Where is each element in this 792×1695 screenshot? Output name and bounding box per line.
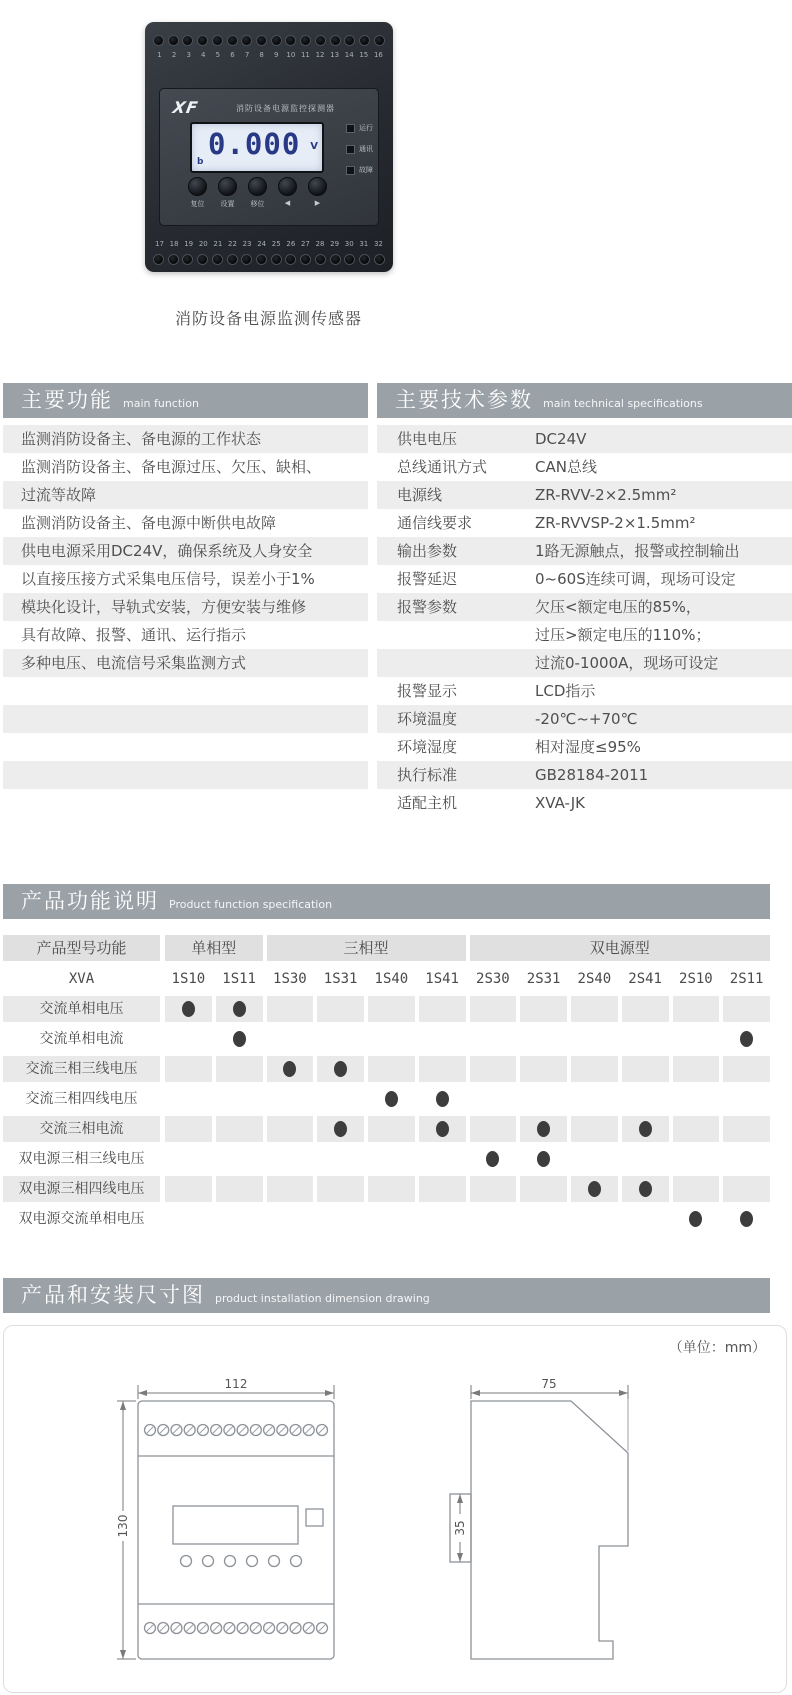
bottom-terminal-numbers: 17181920212223242526272829303132 [153, 240, 385, 248]
table-cell [267, 1056, 314, 1082]
table-cell [571, 1026, 618, 1052]
button-label: ◀ [285, 199, 290, 207]
function-item [3, 733, 368, 761]
feature-row: 交流三相三线电压 [3, 1056, 770, 1082]
indicator-leds: 运行通讯故障 [346, 123, 373, 175]
table-cell [571, 1146, 618, 1172]
terminal-hole-icon [168, 35, 179, 46]
terminal-hole-icon [168, 254, 179, 265]
top-terminal-numbers: 12345678910111213141516 [153, 51, 385, 59]
terminal-number: 16 [372, 51, 385, 59]
terminal-number: 25 [270, 240, 283, 248]
table-cell [216, 1176, 263, 1202]
terminal-number: 5 [211, 51, 224, 59]
model-label: 2S10 [673, 966, 720, 992]
feature-label: 交流三相三线电压 [3, 1056, 160, 1082]
terminal-number: 28 [314, 240, 327, 248]
table-cell [723, 1176, 770, 1202]
spec-label: 供电电压 [397, 425, 457, 453]
spec-value: ZR-RVV-2×2.5mm² [535, 481, 676, 509]
table-cell [723, 1146, 770, 1172]
dot-marker [385, 1091, 398, 1107]
spec-value: 过压>额定电压的110%； [535, 621, 710, 649]
table-cell [165, 1086, 212, 1112]
device-button: ▶ [308, 177, 327, 209]
spec-row: 报警显示LCD指示 [377, 677, 792, 705]
spec-row: 输出参数1路无源触点，报警或控制输出 [377, 537, 792, 565]
dot-marker [689, 1211, 702, 1227]
table-cell [470, 1116, 517, 1142]
table-cell [571, 1086, 618, 1112]
table-cell [419, 1116, 466, 1142]
table-cell [571, 996, 618, 1022]
spec-label: 电源线 [397, 481, 442, 509]
device-buttons: 复位设置移位◀▶ [188, 177, 327, 209]
table-cell [165, 1206, 212, 1232]
feature-label: 交流单相电压 [3, 996, 160, 1022]
table-cell [470, 996, 517, 1022]
table-cell [267, 1176, 314, 1202]
spec-value: 欠压<额定电压的85%， [535, 593, 701, 621]
series-label: XVA [3, 966, 160, 992]
terminal-number: 18 [168, 240, 181, 248]
button-icon [308, 177, 327, 196]
table-cell [673, 1176, 720, 1202]
spec-row: 执行标准GB28184-2011 [377, 761, 792, 789]
table-cell [723, 1056, 770, 1082]
terminal-hole-icon [256, 35, 267, 46]
device-panel-title: 消防设备电源监控探测器 [236, 103, 335, 114]
datasheet-page: 12345678910111213141516 XF 消防设备电源监控探测器 b… [0, 0, 792, 1695]
spec-value: 1路无源触点，报警或控制输出 [535, 537, 740, 565]
model-label: 2S30 [470, 966, 517, 992]
side-clip-height-label: 35 [453, 1520, 467, 1535]
model-group-label: 三相型 [267, 935, 466, 961]
table-cell [267, 1026, 314, 1052]
terminal-hole-icon [182, 35, 193, 46]
spec-label: 执行标准 [397, 761, 457, 789]
spec-label: 报警显示 [397, 677, 457, 705]
spec-value: -20℃~+70℃ [535, 705, 637, 733]
table-cell [673, 1116, 720, 1142]
table-cell [520, 1206, 567, 1232]
front-top-screws [145, 1425, 328, 1436]
table-cell [368, 1026, 415, 1052]
feature-cells [165, 1206, 770, 1232]
spec-table: 供电电压DC24V总线通讯方式CAN总线电源线ZR-RVV-2×2.5mm²通信… [377, 425, 792, 817]
spec-row: 环境温度-20℃~+70℃ [377, 705, 792, 733]
model-label: 2S41 [622, 966, 669, 992]
feature-row: 交流单相电压 [3, 996, 770, 1022]
table-cell [520, 1056, 567, 1082]
function-list: 监测消防设备主、备电源的工作状态监测消防设备主、备电源过压、欠压、缺相、过流等故… [3, 425, 368, 817]
table-cell [368, 1206, 415, 1232]
button-icon [218, 177, 237, 196]
section-header-dimensions: 产品和安装尺寸图 product installation dimension … [3, 1278, 770, 1313]
table-cell [267, 1116, 314, 1142]
model-number-row: XVA1S101S111S301S311S401S412S302S312S402… [3, 966, 770, 992]
dot-marker [740, 1211, 753, 1227]
terminal-hole-icon [241, 254, 252, 265]
spec-value: XVA-JK [535, 789, 585, 817]
table-cell [520, 1146, 567, 1172]
feature-label: 双电源交流单相电压 [3, 1206, 160, 1232]
table-cell [571, 1056, 618, 1082]
spec-value: DC24V [535, 425, 586, 453]
front-bottom-screws [145, 1623, 328, 1634]
function-item: 供电电源采用DC24V，确保系统及人身安全 [3, 537, 368, 565]
spec-value: 相对湿度≤95% [535, 733, 641, 761]
feature-cells [165, 996, 770, 1022]
table-cell [317, 1086, 364, 1112]
dot-marker [537, 1121, 550, 1137]
feature-cells [165, 1146, 770, 1172]
table-cell [419, 1176, 466, 1202]
section-title-zh: 产品和安装尺寸图 [21, 1278, 205, 1313]
table-cell [470, 1086, 517, 1112]
device-button: 设置 [218, 177, 237, 209]
terminal-hole-icon [315, 254, 326, 265]
terminal-number: 22 [226, 240, 239, 248]
function-item: 过流等故障 [3, 481, 368, 509]
table-cell [520, 1116, 567, 1142]
table-cell [317, 1206, 364, 1232]
terminal-hole-icon [330, 35, 341, 46]
spec-row: 电源线ZR-RVV-2×2.5mm² [377, 481, 792, 509]
spec-value: 0~60S连续可调，现场可设定 [535, 565, 736, 593]
table-cell [520, 1086, 567, 1112]
terminal-number: 1 [153, 51, 166, 59]
terminal-number: 6 [226, 51, 239, 59]
spec-row: 环境湿度相对湿度≤95% [377, 733, 792, 761]
table-cell [368, 996, 415, 1022]
spec-label: 报警延迟 [397, 565, 457, 593]
table-cell [571, 1176, 618, 1202]
status-indicator: 故障 [346, 165, 373, 175]
terminal-number: 27 [299, 240, 312, 248]
terminal-number: 14 [343, 51, 356, 59]
function-item: 监测消防设备主、备电源的工作状态 [3, 425, 368, 453]
function-item: 多种电压、电流信号采集监测方式 [3, 649, 368, 677]
model-group-label: 单相型 [165, 935, 263, 961]
dot-marker [283, 1061, 296, 1077]
terminal-number: 20 [197, 240, 210, 248]
indicator-label: 故障 [359, 165, 373, 175]
model-label: 2S40 [571, 966, 618, 992]
terminal-hole-icon [256, 254, 267, 265]
front-view: 112 130 [116, 1377, 334, 1659]
front-height-label: 130 [116, 1515, 130, 1538]
button-label: 复位 [191, 199, 205, 209]
terminal-number: 3 [182, 51, 195, 59]
table-cell [470, 1176, 517, 1202]
feature-row: 交流三相四线电压 [3, 1086, 770, 1112]
section-title-en: main technical specifications [543, 397, 703, 410]
terminal-number: 9 [270, 51, 283, 59]
terminal-hole-icon [344, 35, 355, 46]
feature-row: 双电源三相四线电压 [3, 1176, 770, 1202]
terminal-number: 31 [357, 240, 370, 248]
spec-row: 总线通讯方式CAN总线 [377, 453, 792, 481]
front-buttons [181, 1556, 302, 1567]
terminal-hole-icon [197, 254, 208, 265]
dot-marker [182, 1001, 195, 1017]
function-item [3, 705, 368, 733]
function-item: 监测消防设备主、备电源过压、欠压、缺相、 [3, 453, 368, 481]
table-cell [368, 1176, 415, 1202]
button-label: 移位 [251, 199, 265, 209]
feature-cells [165, 1086, 770, 1112]
table-cell [673, 1056, 720, 1082]
spec-row: 报警延迟0~60S连续可调，现场可设定 [377, 565, 792, 593]
table-cell [165, 1056, 212, 1082]
side-width-label: 75 [541, 1377, 556, 1391]
spec-value: ZR-RVVSP-2×1.5mm² [535, 509, 695, 537]
terminal-hole-icon [227, 35, 238, 46]
table-cell [673, 996, 720, 1022]
terminal-number: 32 [372, 240, 385, 248]
product-table: 产品型号功能单相型三相型双电源型XVA1S101S111S301S311S401… [3, 935, 770, 1236]
feature-label: 交流单相电流 [3, 1026, 160, 1052]
terminal-hole-icon [359, 254, 370, 265]
spec-row: 报警参数欠压<额定电压的85%， [377, 593, 792, 621]
table-cell [216, 1056, 263, 1082]
feature-label: 交流三相电流 [3, 1116, 160, 1142]
table-cell [622, 996, 669, 1022]
model-label: 2S11 [723, 966, 770, 992]
table-cell [419, 1026, 466, 1052]
front-width-label: 112 [225, 1377, 248, 1391]
brand-logo: XF [171, 98, 200, 117]
table-cell [470, 1206, 517, 1232]
table-cell [317, 1176, 364, 1202]
function-item [3, 789, 368, 817]
table-cell [723, 996, 770, 1022]
table-cell [622, 1176, 669, 1202]
spec-value: LCD指示 [535, 677, 595, 705]
table-cell [520, 1026, 567, 1052]
table-cell [723, 1026, 770, 1052]
dot-marker [436, 1091, 449, 1107]
product-caption: 消防设备电源监测传感器 [175, 306, 362, 329]
function-item: 以直接压接方式采集电压信号，误差小于1% [3, 565, 368, 593]
button-icon [188, 177, 207, 196]
table-cell [317, 1116, 364, 1142]
table-cell [470, 1056, 517, 1082]
dimension-drawing-area: （单位：mm） 112 [3, 1325, 787, 1693]
dot-marker [588, 1181, 601, 1197]
dot-marker [537, 1151, 550, 1167]
spec-value: 过流0-1000A，现场可设定 [535, 649, 718, 677]
table-corner-label: 产品型号功能 [3, 935, 160, 961]
terminal-hole-icon [374, 254, 385, 265]
model-label: 2S31 [520, 966, 567, 992]
table-cell [419, 1206, 466, 1232]
terminal-hole-icon [315, 35, 326, 46]
terminal-hole-icon [359, 35, 370, 46]
terminal-number: 30 [343, 240, 356, 248]
table-cell [368, 1116, 415, 1142]
table-cell [470, 1026, 517, 1052]
button-label: 设置 [221, 199, 235, 209]
terminal-number: 21 [211, 240, 224, 248]
terminal-hole-icon [300, 254, 311, 265]
indicator-label: 通讯 [359, 144, 373, 154]
table-cell [165, 1026, 212, 1052]
table-cell [723, 1116, 770, 1142]
table-cell [317, 1056, 364, 1082]
table-cell [520, 996, 567, 1022]
status-indicator: 运行 [346, 123, 373, 133]
indicator-label: 运行 [359, 123, 373, 133]
terminal-number: 2 [168, 51, 181, 59]
terminal-hole-icon [374, 35, 385, 46]
led-icon [346, 145, 355, 154]
feature-label: 交流三相四线电压 [3, 1086, 160, 1112]
button-icon [248, 177, 267, 196]
terminal-hole-icon [212, 254, 223, 265]
lcd-display: b 0.000 V [190, 122, 324, 173]
feature-label: 双电源三相三线电压 [3, 1146, 160, 1172]
table-cell [165, 1146, 212, 1172]
model-label: 1S40 [368, 966, 415, 992]
spec-label: 总线通讯方式 [397, 453, 487, 481]
terminal-number: 23 [241, 240, 254, 248]
table-cell [419, 996, 466, 1022]
spec-label: 环境湿度 [397, 733, 457, 761]
dot-marker [740, 1031, 753, 1047]
spec-row: 过压>额定电压的110%； [377, 621, 792, 649]
device-front-panel: XF 消防设备电源监控探测器 b 0.000 V 运行通讯故障 复位设置移位◀▶ [159, 88, 379, 226]
dot-marker [639, 1181, 652, 1197]
terminal-number: 19 [182, 240, 195, 248]
terminal-number: 26 [284, 240, 297, 248]
function-item [3, 761, 368, 789]
table-cell [317, 996, 364, 1022]
section-header-functions: 主要功能 main function [3, 383, 368, 418]
table-cell [368, 1056, 415, 1082]
table-cell [165, 1116, 212, 1142]
table-cell [673, 1206, 720, 1232]
model-label: 1S31 [317, 966, 364, 992]
table-cell [470, 1146, 517, 1172]
terminal-hole-icon [330, 254, 341, 265]
terminal-hole-icon [153, 254, 164, 265]
terminal-hole-icon [271, 35, 282, 46]
table-cell [419, 1086, 466, 1112]
feature-row: 双电源三相三线电压 [3, 1146, 770, 1172]
table-cell [267, 1086, 314, 1112]
led-icon [346, 124, 355, 133]
model-label: 1S30 [267, 966, 314, 992]
table-cell [165, 996, 212, 1022]
function-item: 具有故障、报警、通讯、运行指示 [3, 621, 368, 649]
table-cell [267, 1146, 314, 1172]
table-cell [267, 996, 314, 1022]
product-photo: 12345678910111213141516 XF 消防设备电源监控探测器 b… [145, 22, 393, 272]
model-label: 1S11 [216, 966, 263, 992]
dot-marker [436, 1121, 449, 1137]
device-button: 移位 [248, 177, 267, 209]
spec-row: 过流0-1000A，现场可设定 [377, 649, 792, 677]
table-cell [571, 1116, 618, 1142]
feature-cells [165, 1026, 770, 1052]
dot-marker [233, 1001, 246, 1017]
terminal-number: 24 [255, 240, 268, 248]
terminal-number: 11 [299, 51, 312, 59]
spec-label: 适配主机 [397, 789, 457, 817]
side-view: 75 35 [450, 1377, 628, 1659]
terminal-hole-icon [227, 254, 238, 265]
feature-cells [165, 1116, 770, 1142]
spec-label: 报警参数 [397, 593, 457, 621]
terminal-hole-icon [153, 35, 164, 46]
table-cell [216, 1116, 263, 1142]
feature-label: 双电源三相四线电压 [3, 1176, 160, 1202]
spec-row: 适配主机XVA-JK [377, 789, 792, 817]
table-header-row: 产品型号功能单相型三相型双电源型 [3, 935, 770, 961]
terminal-hole-icon [271, 254, 282, 265]
bottom-terminal-circles [153, 254, 385, 265]
terminal-hole-icon [300, 35, 311, 46]
feature-cells [165, 1176, 770, 1202]
table-cell [673, 1026, 720, 1052]
lcd-unit: V [310, 141, 318, 152]
terminal-hole-icon [285, 254, 296, 265]
spec-row: 供电电压DC24V [377, 425, 792, 453]
dot-marker [486, 1151, 499, 1167]
spec-label: 环境温度 [397, 705, 457, 733]
lcd-value: 0.000 [208, 127, 300, 161]
terminal-number: 10 [284, 51, 297, 59]
dot-marker [334, 1121, 347, 1137]
terminal-hole-icon [241, 35, 252, 46]
dot-marker [334, 1061, 347, 1077]
status-indicator: 通讯 [346, 144, 373, 154]
table-cell [216, 1026, 263, 1052]
lcd-prefix: b [197, 157, 203, 167]
model-groups: 单相型三相型双电源型 [165, 935, 770, 961]
terminal-hole-icon [197, 35, 208, 46]
led-icon [346, 166, 355, 175]
terminal-number: 7 [241, 51, 254, 59]
button-label: ▶ [315, 199, 320, 207]
section-header-specs: 主要技术参数 main technical specifications [377, 383, 792, 418]
table-cell [267, 1206, 314, 1232]
spec-value: GB28184-2011 [535, 761, 648, 789]
table-cell [622, 1206, 669, 1232]
section-title-en: product installation dimension drawing [215, 1292, 430, 1305]
terminal-hole-icon [285, 35, 296, 46]
function-item: 监测消防设备主、备电源中断供电故障 [3, 509, 368, 537]
table-cell [673, 1086, 720, 1112]
terminal-number: 13 [328, 51, 341, 59]
table-cell [419, 1146, 466, 1172]
terminal-number: 4 [197, 51, 210, 59]
section-title-en: Product function specification [169, 898, 332, 911]
table-cell [622, 1026, 669, 1052]
terminal-number: 12 [314, 51, 327, 59]
table-cell [673, 1146, 720, 1172]
terminal-number: 15 [357, 51, 370, 59]
table-cell [622, 1146, 669, 1172]
terminal-hole-icon [182, 254, 193, 265]
table-cell [622, 1056, 669, 1082]
table-cell [622, 1116, 669, 1142]
table-cell [368, 1146, 415, 1172]
dot-marker [639, 1121, 652, 1137]
table-cell [571, 1206, 618, 1232]
